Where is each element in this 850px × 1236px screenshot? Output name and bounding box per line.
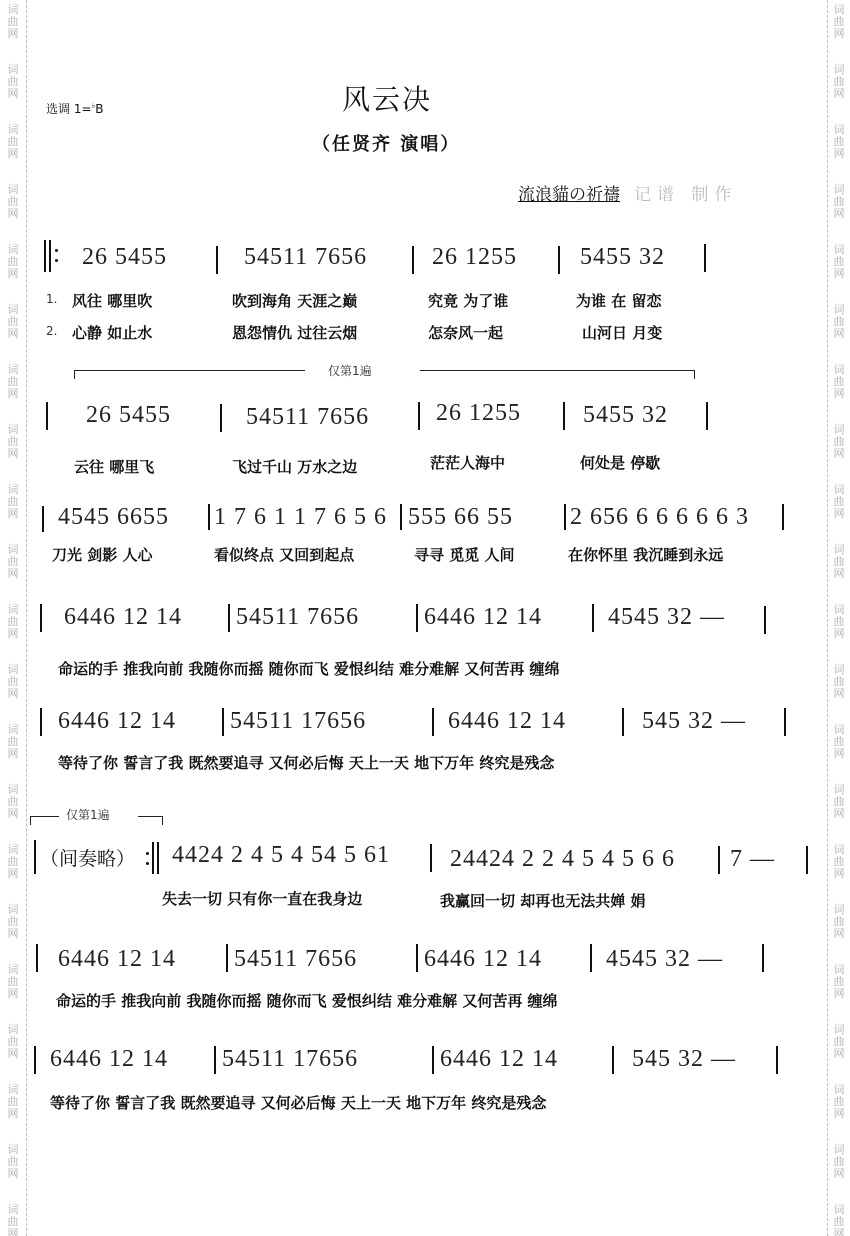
measure-notes: 545 32 — [632, 1046, 736, 1073]
measure-notes: 5455 32 [580, 244, 665, 271]
lyric: 我赢回一切 却再也无法共婵 娟 [440, 890, 645, 911]
watermark-text: 词曲网 [0, 304, 26, 340]
measure-notes: 26 5455 [86, 402, 171, 429]
measure-notes: 4545 32 — [606, 946, 723, 973]
volta-bracket-left [30, 816, 59, 825]
watermark-text: 词曲网 [0, 64, 26, 100]
watermark-text: 词曲网 [828, 544, 850, 580]
maker-name: 流浪貓の祈禱 [518, 185, 620, 205]
lyric: 飞过千山 万水之边 [232, 456, 357, 477]
lyric: 心静 如止水 [72, 322, 152, 343]
bar-line [806, 846, 808, 874]
watermark-text: 词曲网 [828, 904, 850, 940]
lyric: 看似终点 又回到起点 [214, 544, 354, 565]
watermark-text: 词曲网 [0, 784, 26, 820]
watermark-text: 词曲网 [828, 604, 850, 640]
lyric: 等待了你 誓言了我 既然要追寻 又何必后悔 天上一天 地下万年 终究是残念 [58, 752, 554, 773]
watermark-text: 词曲网 [0, 124, 26, 160]
watermark-text: 词曲网 [0, 724, 26, 760]
measure-notes: 7 — [730, 846, 775, 873]
key-label: 选调 1= [46, 102, 92, 116]
measure-notes: 2 656 6 6 6 6 6 3 [570, 504, 749, 531]
watermark-text: 词曲网 [828, 1204, 850, 1236]
bar-line [764, 606, 766, 634]
watermark-text: 词曲网 [0, 844, 26, 880]
watermark-text: 词曲网 [0, 4, 26, 40]
lyric: 寻寻 觅觅 人间 [414, 544, 514, 565]
watermark-text: 词曲网 [828, 1084, 850, 1120]
watermark-text: 词曲网 [828, 1144, 850, 1180]
bar-line [432, 1046, 434, 1074]
watermark-text: 词曲网 [0, 424, 26, 460]
bar-line [42, 506, 44, 532]
watermark-text: 词曲网 [828, 364, 850, 400]
bar-line [220, 404, 222, 432]
watermark-text: 词曲网 [0, 1144, 26, 1180]
measure-notes: 54511 7656 [234, 946, 357, 973]
lyric: 怎奈风一起 [428, 322, 503, 343]
measure-notes: 26 1255 [432, 244, 517, 271]
watermark-text: 词曲网 [0, 484, 26, 520]
bar-line [762, 944, 764, 972]
lyric: 命运的手 推我向前 我随你而摇 随你而飞 爱恨纠结 难分难解 又何苦再 缠绵 [58, 658, 560, 679]
volta-label: 仅第1遍 [66, 806, 110, 823]
bar-line [430, 844, 432, 872]
watermark-text: 词曲网 [828, 784, 850, 820]
volta-bracket-right [138, 816, 163, 825]
key-note: B [95, 102, 103, 116]
bar-line [416, 944, 418, 972]
watermark-text: 词曲网 [828, 124, 850, 160]
lyric: 山河日 月变 [582, 322, 662, 343]
singer-credit: （任贤齐 演唱） [312, 130, 460, 156]
lyric: 究竟 为了谁 [428, 290, 508, 311]
lyric: 等待了你 誓言了我 既然要追寻 又何必后悔 天上一天 地下万年 终究是残念 [50, 1092, 546, 1113]
bar-line [622, 708, 624, 736]
bar-line [34, 840, 36, 874]
watermark-text: 词曲网 [828, 64, 850, 100]
watermark-text: 词曲网 [828, 484, 850, 520]
watermark-right: 词曲网词曲网词曲网词曲网词曲网词曲网词曲网词曲网词曲网词曲网词曲网词曲网词曲网词… [827, 0, 850, 1236]
bar-line [612, 1046, 614, 1074]
bar-line [590, 944, 592, 972]
measure-notes: 26 1255 [436, 400, 521, 427]
watermark-text: 词曲网 [0, 544, 26, 580]
watermark-text: 词曲网 [828, 304, 850, 340]
measure-notes: 1 7 6 1 1 7 6 5 6 [214, 504, 387, 531]
bar-line [704, 244, 706, 272]
measure-notes: 4545 32 — [608, 604, 725, 631]
bar-line [222, 708, 224, 736]
measure-notes: 24424 2 2 4 5 4 5 6 6 [450, 846, 675, 873]
measure-notes: 4545 6655 [58, 504, 169, 531]
measure-notes: 6446 12 14 [58, 946, 176, 973]
song-title: 风云决 [342, 78, 432, 118]
bar-line [214, 1046, 216, 1074]
bar-line [782, 504, 784, 530]
lyric: 云往 哪里飞 [74, 456, 154, 477]
bar-line [776, 1046, 778, 1074]
bar-line [432, 708, 434, 736]
watermark-text: 词曲网 [0, 1204, 26, 1236]
watermark-text: 词曲网 [0, 904, 26, 940]
lyric: 风往 哪里吹 [72, 290, 152, 311]
bar-line [40, 604, 42, 632]
watermark-text: 词曲网 [828, 244, 850, 280]
interlude-label: （间奏略） [40, 844, 135, 871]
watermark-text: 词曲网 [828, 424, 850, 460]
lyric: 恩怨情仇 过往云烟 [232, 322, 357, 343]
bar-line [226, 944, 228, 972]
watermark-text: 词曲网 [828, 4, 850, 40]
volta-bracket-right [420, 370, 695, 379]
measure-notes: 6446 12 14 [440, 1046, 558, 1073]
measure-notes: 5455 32 [583, 402, 668, 429]
bar-line [592, 604, 594, 632]
lyric: 为谁 在 留恋 [576, 290, 661, 311]
bar-line [400, 504, 402, 530]
bar-line [36, 944, 38, 972]
measure-notes: 4424 2 4 5 4 54 5 61 [172, 842, 390, 869]
bar-line [216, 246, 218, 274]
bar-line [718, 846, 720, 874]
watermark-text: 词曲网 [828, 964, 850, 1000]
lyric: 刀光 剑影 人心 [52, 544, 152, 565]
key-signature: 选调 1=♭B [46, 100, 104, 117]
bar-line [558, 246, 560, 274]
bar-line [46, 402, 48, 430]
measure-notes: 6446 12 14 [50, 1046, 168, 1073]
bar-line [564, 504, 566, 530]
lyric: 吹到海角 天涯之巅 [232, 290, 357, 311]
maker-credit: 流浪貓の祈禱记谱 制作 [518, 180, 737, 205]
watermark-text: 词曲网 [0, 364, 26, 400]
watermark-text: 词曲网 [0, 664, 26, 700]
lyric: 命运的手 推我向前 我随你而摇 随你而飞 爱恨纠结 难分难解 又何苦再 缠绵 [56, 990, 558, 1011]
watermark-text: 词曲网 [828, 664, 850, 700]
bar-line [208, 504, 210, 530]
watermark-text: 词曲网 [0, 964, 26, 1000]
watermark-text: 词曲网 [828, 1024, 850, 1060]
watermark-text: 词曲网 [0, 184, 26, 220]
measure-notes: 555 66 55 [408, 504, 513, 531]
verse-number: 1. [46, 292, 57, 306]
watermark-text: 词曲网 [0, 1024, 26, 1060]
bar-line [418, 402, 420, 430]
bar-line [40, 708, 42, 736]
lyric: 在你怀里 我沉睡到永远 [568, 544, 723, 565]
measure-notes: 545 32 — [642, 708, 746, 735]
watermark-left: 词曲网词曲网词曲网词曲网词曲网词曲网词曲网词曲网词曲网词曲网词曲网词曲网词曲网词… [0, 0, 27, 1236]
measure-notes: 54511 7656 [236, 604, 359, 631]
watermark-text: 词曲网 [828, 844, 850, 880]
measure-notes: 54511 17656 [222, 1046, 358, 1073]
bar-line [228, 604, 230, 632]
bar-line [784, 708, 786, 736]
bar-line [563, 402, 565, 430]
verse-number: 2. [46, 324, 57, 338]
lyric: 失去一切 只有你一直在我身边 [162, 888, 362, 909]
watermark-text: 词曲网 [0, 1084, 26, 1120]
measure-notes: 6446 12 14 [448, 708, 566, 735]
measure-notes: 6446 12 14 [64, 604, 182, 631]
measure-notes: 6446 12 14 [424, 604, 542, 631]
watermark-text: 词曲网 [0, 244, 26, 280]
measure-notes: 26 5455 [82, 244, 167, 271]
measure-notes: 54511 7656 [244, 244, 367, 271]
bar-line [34, 1046, 36, 1074]
measure-notes: 6446 12 14 [58, 708, 176, 735]
lyric: 茫茫人海中 [430, 452, 505, 473]
watermark-text: 词曲网 [828, 184, 850, 220]
bar-line [412, 246, 414, 274]
volta-label: 仅第1遍 [328, 362, 372, 379]
measure-notes: 54511 7656 [246, 404, 369, 431]
bar-line [416, 604, 418, 632]
measure-notes: 6446 12 14 [424, 946, 542, 973]
watermark-text: 词曲网 [0, 604, 26, 640]
watermark-text: 词曲网 [828, 724, 850, 760]
bar-line [706, 402, 708, 430]
measure-notes: 54511 17656 [230, 708, 366, 735]
maker-suffix: 记谱 制作 [634, 185, 737, 205]
lyric: 何处是 停歇 [580, 452, 660, 473]
volta-bracket-left [74, 370, 305, 379]
